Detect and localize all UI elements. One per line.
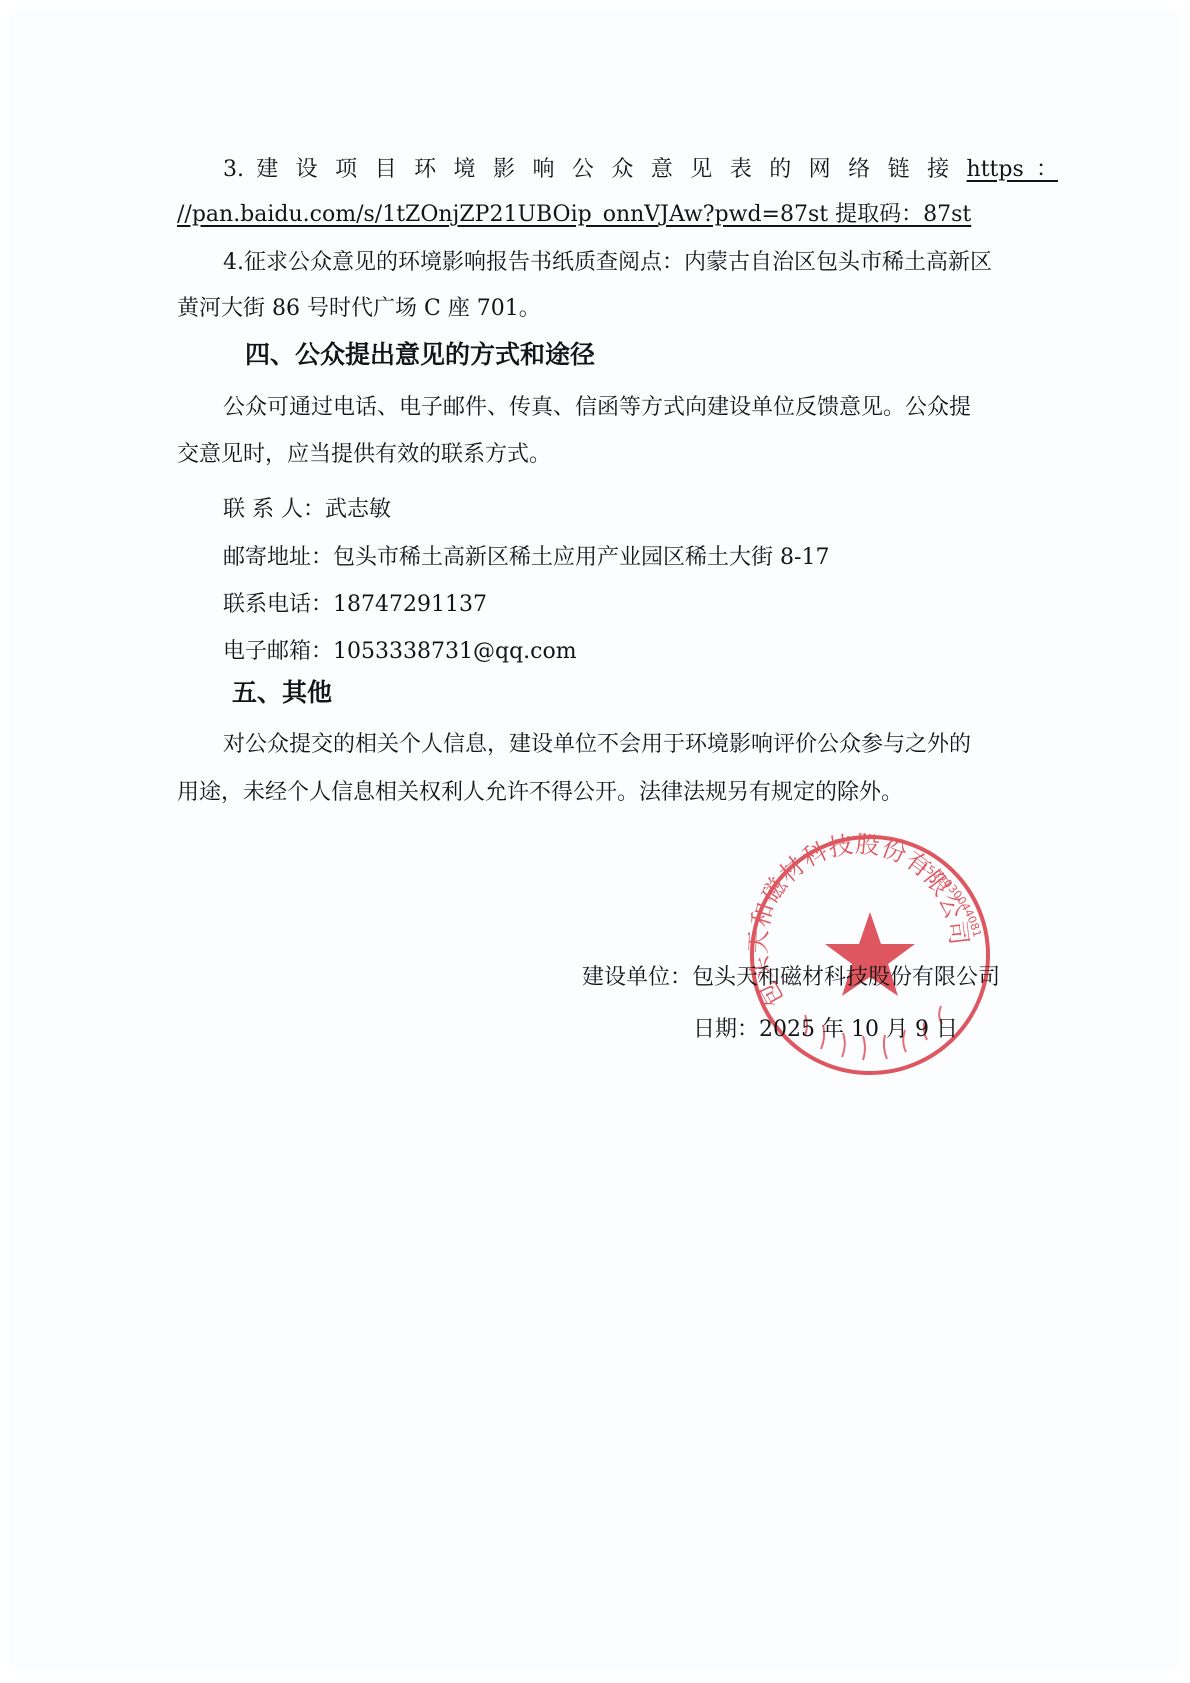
- section5-para-line2: 用途，未经个人信息相关权利人允许不得公开。法律法规另有规定的除外。: [177, 778, 903, 808]
- contact-person-label: 联 系 人：: [223, 497, 325, 522]
- item3-link-end[interactable]: //pan.baidu.com/s/1tZOnjZP21UBOip_onnVJA…: [177, 202, 828, 227]
- signature-unit-label: 建设单位：: [582, 965, 692, 990]
- section5-title: 五、其他: [232, 678, 332, 708]
- contact-email-value[interactable]: 1053338731@qq.com: [333, 639, 577, 664]
- item4-line2: 黄河大街 86 号时代广场 C 座 701。: [177, 294, 541, 324]
- contact-phone: 联系电话：18747291137: [223, 590, 487, 620]
- item3-link-start[interactable]: https ：: [967, 157, 1058, 182]
- item3-extraction-code: 提取码：87st: [828, 202, 971, 227]
- item3-line2: //pan.baidu.com/s/1tZOnjZP21UBOip_onnVJA…: [177, 200, 971, 230]
- contact-address-label: 邮寄地址：: [223, 545, 333, 570]
- item3-line1: 3. 建 设 项 目 环 境 影 响 公 众 意 见 表 的 网 络 链 接 h…: [223, 155, 1058, 185]
- contact-person: 联 系 人：武志敏: [223, 495, 391, 525]
- contact-phone-label: 联系电话：: [223, 592, 333, 617]
- contact-person-value: 武志敏: [325, 497, 391, 522]
- contact-address: 邮寄地址：包头市稀土高新区稀土应用产业园区稀土大街 8-17: [223, 543, 829, 573]
- section4-para-line2: 交意见时，应当提供有效的联系方式。: [177, 440, 551, 470]
- item3-lead: 3. 建 设 项 目 环 境 影 响 公 众 意 见 表 的 网 络 链 接: [223, 157, 954, 182]
- contact-email: 电子邮箱：1053338731@qq.com: [223, 637, 577, 667]
- signature-date-value: 2025 年 10 月 9 日: [759, 1017, 958, 1042]
- section4-title: 四、公众提出意见的方式和途径: [245, 340, 595, 370]
- signature-date-label: 日期：: [693, 1017, 759, 1042]
- signature-unit: 建设单位：包头天和磁材科技股份有限公司: [582, 963, 1000, 993]
- contact-phone-value: 18747291137: [333, 592, 487, 617]
- contact-address-value: 包头市稀土高新区稀土应用产业园区稀土大街 8-17: [333, 545, 829, 570]
- section5-para-line1: 对公众提交的相关个人信息，建设单位不会用于环境影响评价公众参与之外的: [223, 730, 971, 760]
- item4-line1: 4.征求公众意见的环境影响报告书纸质查阅点：内蒙古自治区包头市稀土高新区: [223, 248, 992, 278]
- signature-date: 日期：2025 年 10 月 9 日: [693, 1015, 958, 1045]
- section4-para-line1: 公众可通过电话、电子邮件、传真、信函等方式向建设单位反馈意见。公众提: [223, 393, 971, 423]
- contact-email-label: 电子邮箱：: [223, 639, 333, 664]
- signature-unit-name: 包头天和磁材科技股份有限公司: [692, 965, 1000, 990]
